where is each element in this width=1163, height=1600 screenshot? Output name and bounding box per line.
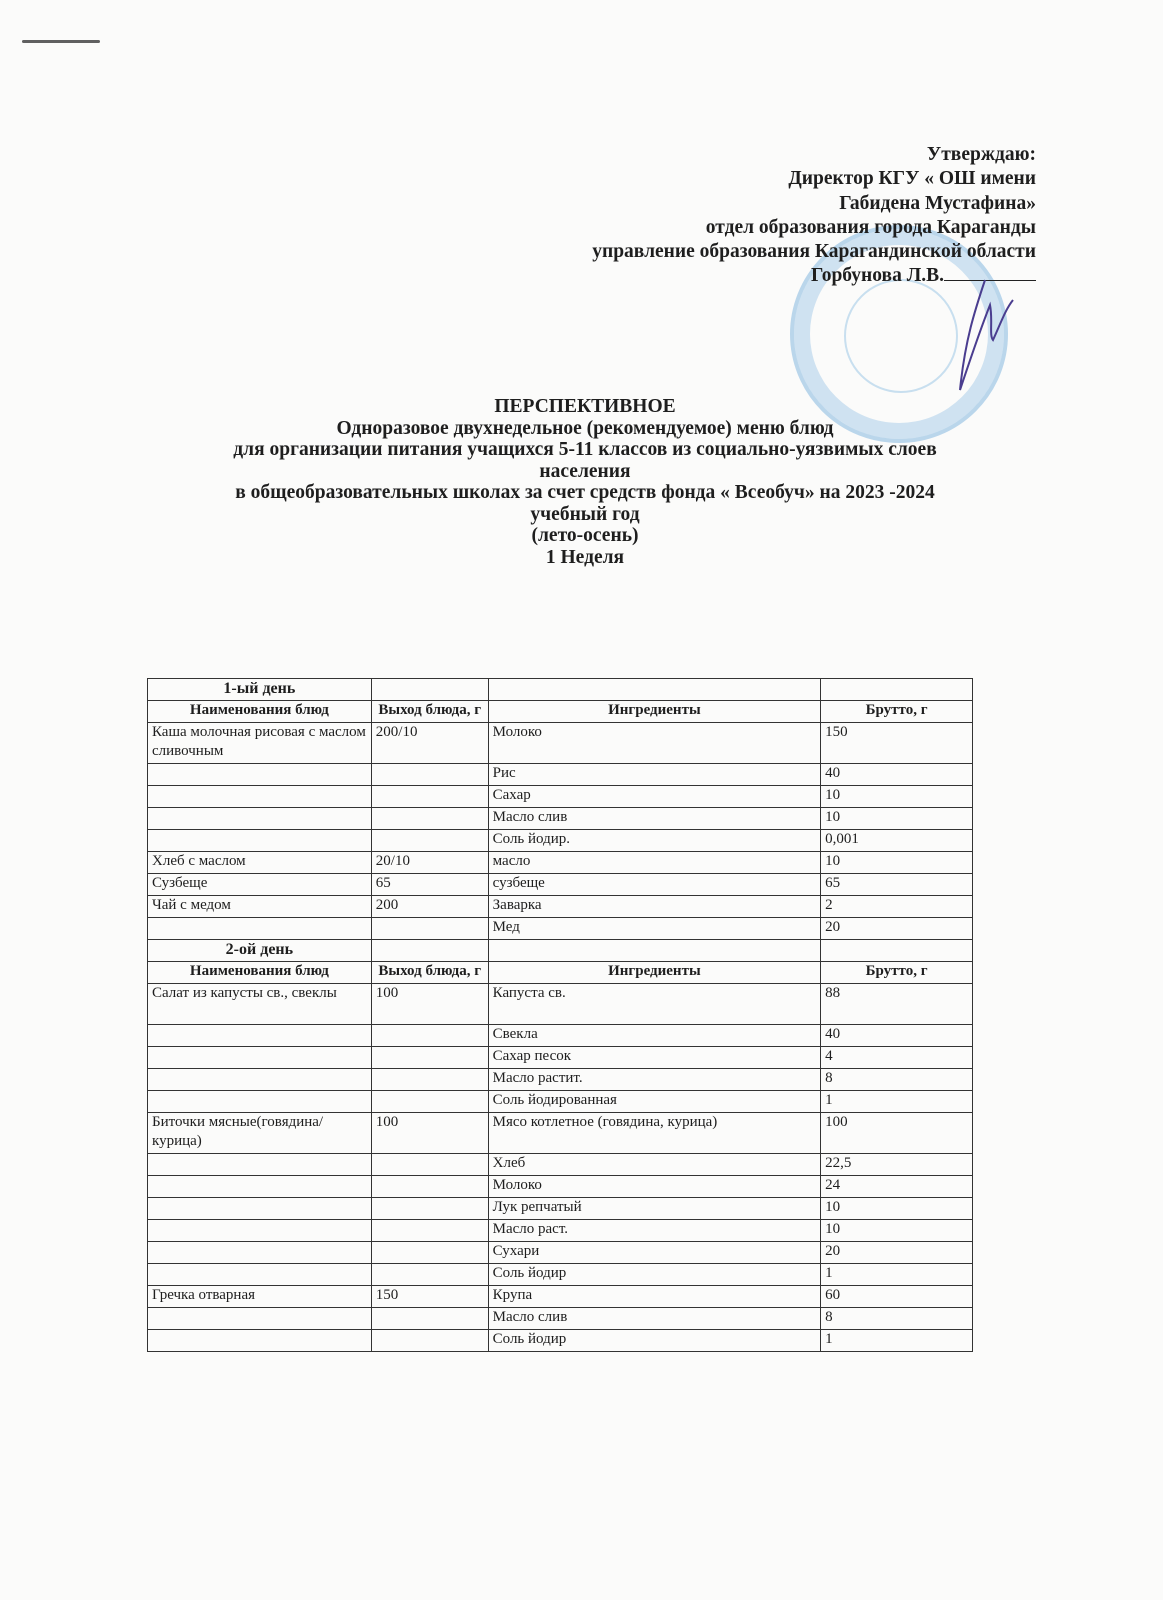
- gross-cell: 1: [821, 1091, 973, 1113]
- dish-cell: Гречка отварная: [148, 1286, 372, 1308]
- ingredient-cell: Сахар: [488, 786, 821, 808]
- day-row: 2-ой день: [148, 940, 973, 962]
- dish-cell: [148, 1242, 372, 1264]
- table-row: Соль йодир 1: [148, 1330, 973, 1352]
- gross-cell: 10: [821, 1220, 973, 1242]
- gross-cell: 40: [821, 1025, 973, 1047]
- title-line-4: в общеобразовательных школах за счет сре…: [150, 482, 1020, 504]
- yield-cell: [371, 1220, 488, 1242]
- title-week: 1 Неделя: [150, 547, 1020, 569]
- yield-cell: 100: [371, 1113, 488, 1154]
- gross-cell: 4: [821, 1047, 973, 1069]
- ingredient-cell: Соль йодированная: [488, 1091, 821, 1113]
- signature-icon: [945, 270, 1015, 400]
- gross-cell: 60: [821, 1286, 973, 1308]
- document-title: ПЕРСПЕКТИВНОЕ Одноразовое двухнедельное …: [150, 396, 1020, 568]
- yield-cell: [371, 1242, 488, 1264]
- dish-cell: [148, 830, 372, 852]
- yield-cell: [371, 1025, 488, 1047]
- table-row: Соль йодир. 0,001: [148, 830, 973, 852]
- gross-cell: 88: [821, 984, 973, 1025]
- title-season: (лето-осень): [150, 525, 1020, 547]
- ingredient-cell: Сахар песок: [488, 1047, 821, 1069]
- gross-cell: 20: [821, 1242, 973, 1264]
- yield-cell: [371, 1176, 488, 1198]
- ingredient-cell: Мясо котлетное (говядина, курица): [488, 1113, 821, 1154]
- title-main: ПЕРСПЕКТИВНОЕ: [150, 396, 1020, 418]
- signatory-name: Горбунова Л.В.: [811, 265, 944, 286]
- ingredient-cell: Соль йодир: [488, 1264, 821, 1286]
- title-line-2: для организации питания учащихся 5-11 кл…: [150, 439, 1020, 461]
- yield-cell: 100: [371, 984, 488, 1025]
- dish-cell: Салат из капусты св., свеклы: [148, 984, 372, 1025]
- table-row: Каша молочная рисовая с маслом сливочным…: [148, 723, 973, 764]
- yield-cell: 200/10: [371, 723, 488, 764]
- yield-cell: [371, 918, 488, 940]
- approval-department: отдел образования города Караганды: [592, 216, 1036, 240]
- ingredient-cell: Мед: [488, 918, 821, 940]
- table-row: Масло слив 8: [148, 1308, 973, 1330]
- gross-cell: 40: [821, 764, 973, 786]
- ingredient-cell: Свекла: [488, 1025, 821, 1047]
- day-label: 1-ый день: [148, 679, 372, 701]
- gross-cell: 10: [821, 808, 973, 830]
- ingredient-cell: Соль йодир: [488, 1330, 821, 1352]
- day-label: 2-ой день: [148, 940, 372, 962]
- dish-cell: Сузбеще: [148, 874, 372, 896]
- dish-cell: [148, 786, 372, 808]
- yield-cell: [371, 1069, 488, 1091]
- dish-cell: [148, 1154, 372, 1176]
- stamp-emblem: [844, 279, 958, 393]
- yield-cell: [371, 808, 488, 830]
- table-row: Чай с медом 200 Заварка 2: [148, 896, 973, 918]
- ingredient-cell: Лук репчатый: [488, 1198, 821, 1220]
- ingredient-cell: Хлеб: [488, 1154, 821, 1176]
- menu-table: 1-ый деньНаименования блюд Выход блюда, …: [147, 678, 973, 1352]
- table-row: Гречка отварная 150 Крупа 60: [148, 1286, 973, 1308]
- yield-cell: [371, 1308, 488, 1330]
- yield-cell: [371, 1264, 488, 1286]
- table-row: Рис 40: [148, 764, 973, 786]
- yield-cell: [371, 1047, 488, 1069]
- ingredient-cell: Масло слив: [488, 1308, 821, 1330]
- dish-cell: Чай с медом: [148, 896, 372, 918]
- table-row: Соль йодированная 1: [148, 1091, 973, 1113]
- dish-cell: [148, 1220, 372, 1242]
- ingredient-cell: сузбеще: [488, 874, 821, 896]
- dish-cell: [148, 1069, 372, 1091]
- gross-cell: 2: [821, 896, 973, 918]
- table-row: Сухари 20: [148, 1242, 973, 1264]
- header-row: Наименования блюд Выход блюда, г Ингреди…: [148, 962, 973, 984]
- gross-cell: 24: [821, 1176, 973, 1198]
- table-row: Масло слив 10: [148, 808, 973, 830]
- dish-cell: [148, 1047, 372, 1069]
- header-gross: Брутто, г: [821, 962, 973, 984]
- table-row: Сузбеще 65 сузбеще 65: [148, 874, 973, 896]
- yield-cell: 65: [371, 874, 488, 896]
- gross-cell: 0,001: [821, 830, 973, 852]
- header-row: Наименования блюд Выход блюда, г Ингреди…: [148, 701, 973, 723]
- header-yield: Выход блюда, г: [371, 701, 488, 723]
- table-row: Хлеб с маслом 20/10 масло 10: [148, 852, 973, 874]
- header-dish: Наименования блюд: [148, 962, 372, 984]
- title-line-1: Одноразовое двухнедельное (рекомендуемое…: [150, 418, 1020, 440]
- ingredient-cell: масло: [488, 852, 821, 874]
- title-line-5: учебный год: [150, 504, 1020, 526]
- gross-cell: 8: [821, 1069, 973, 1091]
- approval-school: Габидена Мустафина»: [592, 192, 1036, 216]
- header-gross: Брутто, г: [821, 701, 973, 723]
- dish-cell: [148, 1308, 372, 1330]
- header-yield: Выход блюда, г: [371, 962, 488, 984]
- yield-cell: [371, 1198, 488, 1220]
- yield-cell: 20/10: [371, 852, 488, 874]
- table-row: Соль йодир 1: [148, 1264, 973, 1286]
- dish-cell: [148, 1264, 372, 1286]
- dish-cell: [148, 1091, 372, 1113]
- gross-cell: 100: [821, 1113, 973, 1154]
- day-row: 1-ый день: [148, 679, 973, 701]
- dish-cell: [148, 918, 372, 940]
- gross-cell: 150: [821, 723, 973, 764]
- approval-director: Директор КГУ « ОШ имени: [592, 167, 1036, 191]
- approval-heading: Утверждаю:: [592, 143, 1036, 167]
- ingredient-cell: Масло раст.: [488, 1220, 821, 1242]
- table-row: Биточки мясные(говядина/курица) 100 Мясо…: [148, 1113, 973, 1154]
- gross-cell: 65: [821, 874, 973, 896]
- table-row: Мед 20: [148, 918, 973, 940]
- table-row: Лук репчатый 10: [148, 1198, 973, 1220]
- yield-cell: 200: [371, 896, 488, 918]
- table-row: Масло растит. 8: [148, 1069, 973, 1091]
- table-row: Свекла 40: [148, 1025, 973, 1047]
- gross-cell: 10: [821, 1198, 973, 1220]
- dish-cell: Биточки мясные(говядина/курица): [148, 1113, 372, 1154]
- dish-cell: [148, 808, 372, 830]
- ingredient-cell: Масло растит.: [488, 1069, 821, 1091]
- approval-block: Утверждаю: Директор КГУ « ОШ имени Габид…: [592, 143, 1036, 289]
- ingredient-cell: Крупа: [488, 1286, 821, 1308]
- scan-mark: [22, 40, 100, 43]
- dish-cell: Каша молочная рисовая с маслом сливочным: [148, 723, 372, 764]
- yield-cell: [371, 1154, 488, 1176]
- table-row: Сахар 10: [148, 786, 973, 808]
- ingredient-cell: Соль йодир.: [488, 830, 821, 852]
- ingredient-cell: Сухари: [488, 1242, 821, 1264]
- ingredient-cell: Молоко: [488, 723, 821, 764]
- ingredient-cell: Молоко: [488, 1176, 821, 1198]
- dish-cell: [148, 1025, 372, 1047]
- dish-cell: [148, 1176, 372, 1198]
- gross-cell: 22,5: [821, 1154, 973, 1176]
- dish-cell: [148, 1330, 372, 1352]
- header-ingredient: Ингредиенты: [488, 701, 821, 723]
- ingredient-cell: Рис: [488, 764, 821, 786]
- table-row: Салат из капусты св., свеклы 100 Капуста…: [148, 984, 973, 1025]
- table-row: Хлеб 22,5: [148, 1154, 973, 1176]
- gross-cell: 1: [821, 1264, 973, 1286]
- yield-cell: [371, 786, 488, 808]
- header-dish: Наименования блюд: [148, 701, 372, 723]
- gross-cell: 8: [821, 1308, 973, 1330]
- yield-cell: [371, 1091, 488, 1113]
- gross-cell: 10: [821, 852, 973, 874]
- header-ingredient: Ингредиенты: [488, 962, 821, 984]
- dish-cell: Хлеб с маслом: [148, 852, 372, 874]
- ingredient-cell: Капуста св.: [488, 984, 821, 1025]
- table-row: Сахар песок 4: [148, 1047, 973, 1069]
- gross-cell: 10: [821, 786, 973, 808]
- ingredient-cell: Масло слив: [488, 808, 821, 830]
- gross-cell: 20: [821, 918, 973, 940]
- yield-cell: 150: [371, 1286, 488, 1308]
- dish-cell: [148, 1198, 372, 1220]
- yield-cell: [371, 764, 488, 786]
- yield-cell: [371, 1330, 488, 1352]
- approval-administration: управление образования Карагандинской об…: [592, 240, 1036, 264]
- table-row: Масло раст. 10: [148, 1220, 973, 1242]
- table-row: Молоко 24: [148, 1176, 973, 1198]
- dish-cell: [148, 764, 372, 786]
- gross-cell: 1: [821, 1330, 973, 1352]
- ingredient-cell: Заварка: [488, 896, 821, 918]
- yield-cell: [371, 830, 488, 852]
- title-line-3: населения: [150, 461, 1020, 483]
